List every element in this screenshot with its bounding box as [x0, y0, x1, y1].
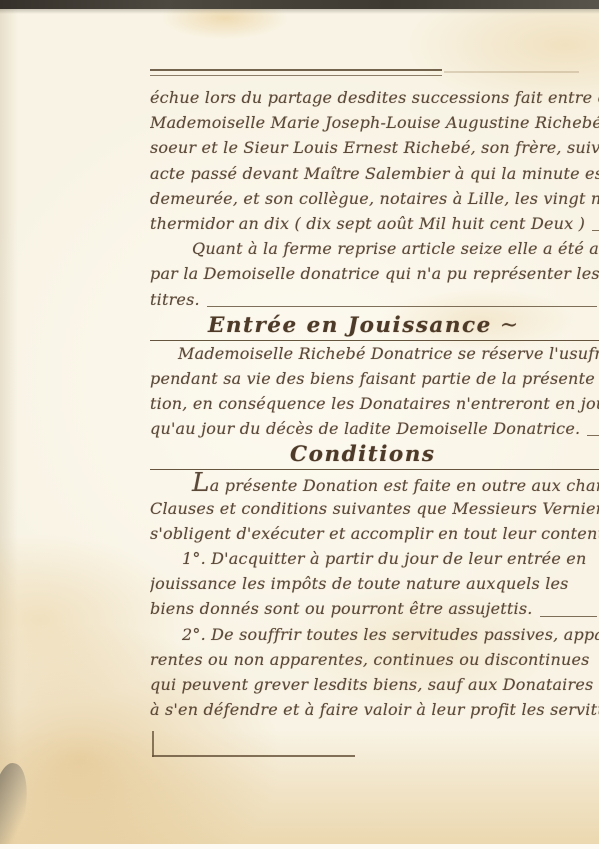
manuscript-line: Clauses et conditions suivantes que Mess… [150, 496, 599, 521]
manuscript-line: tion, en conséquence les Donataires n'en… [150, 391, 599, 416]
manuscript-line: demeurée, et son collègue, notaires à Li… [150, 186, 599, 211]
manuscript-text: Clauses et conditions suivantes que Mess… [150, 496, 599, 521]
section-heading-entree-en-jouissance: Entrée en Jouissance ~ [150, 312, 599, 341]
pen-rule [587, 435, 599, 436]
manuscript-line: Quant à la ferme reprise article seize e… [150, 236, 599, 261]
manuscript-line: Mademoiselle Richebé Donatrice se réserv… [150, 341, 599, 366]
scan-edge-top [0, 0, 599, 9]
manuscript-text: thermidor an dix ( dix sept août Mil hui… [150, 211, 585, 236]
manuscript-text: jouissance les impôts de toute nature au… [150, 571, 569, 596]
manuscript-text: qui peuvent grever lesdits biens, sauf a… [150, 672, 593, 697]
manuscript-text: titres. [150, 287, 200, 312]
pen-rule [540, 616, 597, 617]
manuscript-line: thermidor an dix ( dix sept août Mil hui… [150, 211, 599, 236]
manuscript-line: soeur et le Sieur Louis Ernest Richebé, … [150, 135, 599, 160]
manuscript-line: 1°. D'acquitter à partir du jour de leur… [150, 546, 599, 571]
manuscript-line: titres. [150, 287, 599, 312]
manuscript-text: 2°. De souffrir toutes les servitudes pa… [182, 622, 599, 647]
top-double-rule [150, 69, 442, 76]
manuscript-text: tion, en conséquence les Donataires n'en… [150, 391, 599, 416]
manuscript-line: acte passé devant Maître Salembier à qui… [150, 161, 599, 186]
manuscript-text: échue lors du partage desdites successio… [150, 85, 599, 110]
manuscript-text: Mademoiselle Marie Joseph-Louise Augusti… [150, 110, 599, 135]
section-heading-text: Entrée en Jouissance [208, 312, 492, 340]
pen-flourish: ~ [492, 313, 519, 338]
manuscript-line: pendant sa vie des biens faisant partie … [150, 366, 599, 391]
manuscript-text: à s'en défendre et à faire valoir à leur… [150, 697, 599, 722]
paper-crease [0, 761, 33, 849]
manuscript-text: Mademoiselle Richebé Donatrice se réserv… [178, 341, 599, 366]
scan-edge-bottom [0, 844, 599, 849]
manuscript-text: pendant sa vie des biens faisant partie … [150, 366, 599, 391]
manuscript-line: jouissance les impôts de toute nature au… [150, 571, 599, 596]
manuscript-line: biens donnés sont ou pourront être assuj… [150, 596, 599, 621]
scanned-manuscript-page: échue lors du partage desdites successio… [0, 0, 599, 849]
manuscript-text: par la Demoiselle donatrice qui n'a pu r… [150, 261, 599, 286]
manuscript-line: qu'au jour du décès de ladite Demoiselle… [150, 416, 599, 441]
manuscript-line: Mademoiselle Marie Joseph-Louise Augusti… [150, 110, 599, 135]
manuscript-line: s'obligent d'exécuter et accomplir en to… [150, 521, 599, 546]
section-heading-conditions: Conditions [150, 441, 599, 470]
manuscript-line: qui peuvent grever lesdits biens, sauf a… [150, 672, 599, 697]
manuscript-text: soeur et le Sieur Louis Ernest Richebé, … [150, 135, 599, 160]
margin-rule-horizontal [152, 755, 355, 757]
manuscript-line: rentes ou non apparentes, continues ou d… [150, 647, 599, 672]
manuscript-line: par la Demoiselle donatrice qui n'a pu r… [150, 261, 599, 286]
manuscript-line: La présente Donation est faite en outre … [150, 470, 599, 495]
manuscript-line: 2°. De souffrir toutes les servitudes pa… [150, 622, 599, 647]
pen-rule [592, 230, 599, 231]
manuscript-text: demeurée, et son collègue, notaires à Li… [150, 186, 599, 211]
manuscript-text: biens donnés sont ou pourront être assuj… [150, 596, 533, 621]
manuscript-text: Quant à la ferme reprise article seize e… [192, 236, 599, 261]
manuscript-line: à s'en défendre et à faire valoir à leur… [150, 697, 599, 722]
manuscript-text: La présente Donation est faite en outre … [192, 470, 599, 495]
pen-rule [207, 306, 597, 307]
margin-rule-vertical [152, 731, 154, 757]
manuscript-line: échue lors du partage desdites successio… [150, 85, 599, 110]
section-heading-text: Conditions [290, 441, 435, 469]
manuscript-text: s'obligent d'exécuter et accomplir en to… [150, 521, 599, 546]
manuscript-text-block: échue lors du partage desdites successio… [150, 85, 599, 722]
top-rule-faint-extension [444, 71, 579, 73]
manuscript-text: rentes ou non apparentes, continues ou d… [150, 647, 590, 672]
manuscript-text: acte passé devant Maître Salembier à qui… [150, 161, 599, 186]
manuscript-text: 1°. D'acquitter à partir du jour de leur… [182, 546, 586, 571]
manuscript-text: qu'au jour du décès de ladite Demoiselle… [150, 416, 580, 441]
